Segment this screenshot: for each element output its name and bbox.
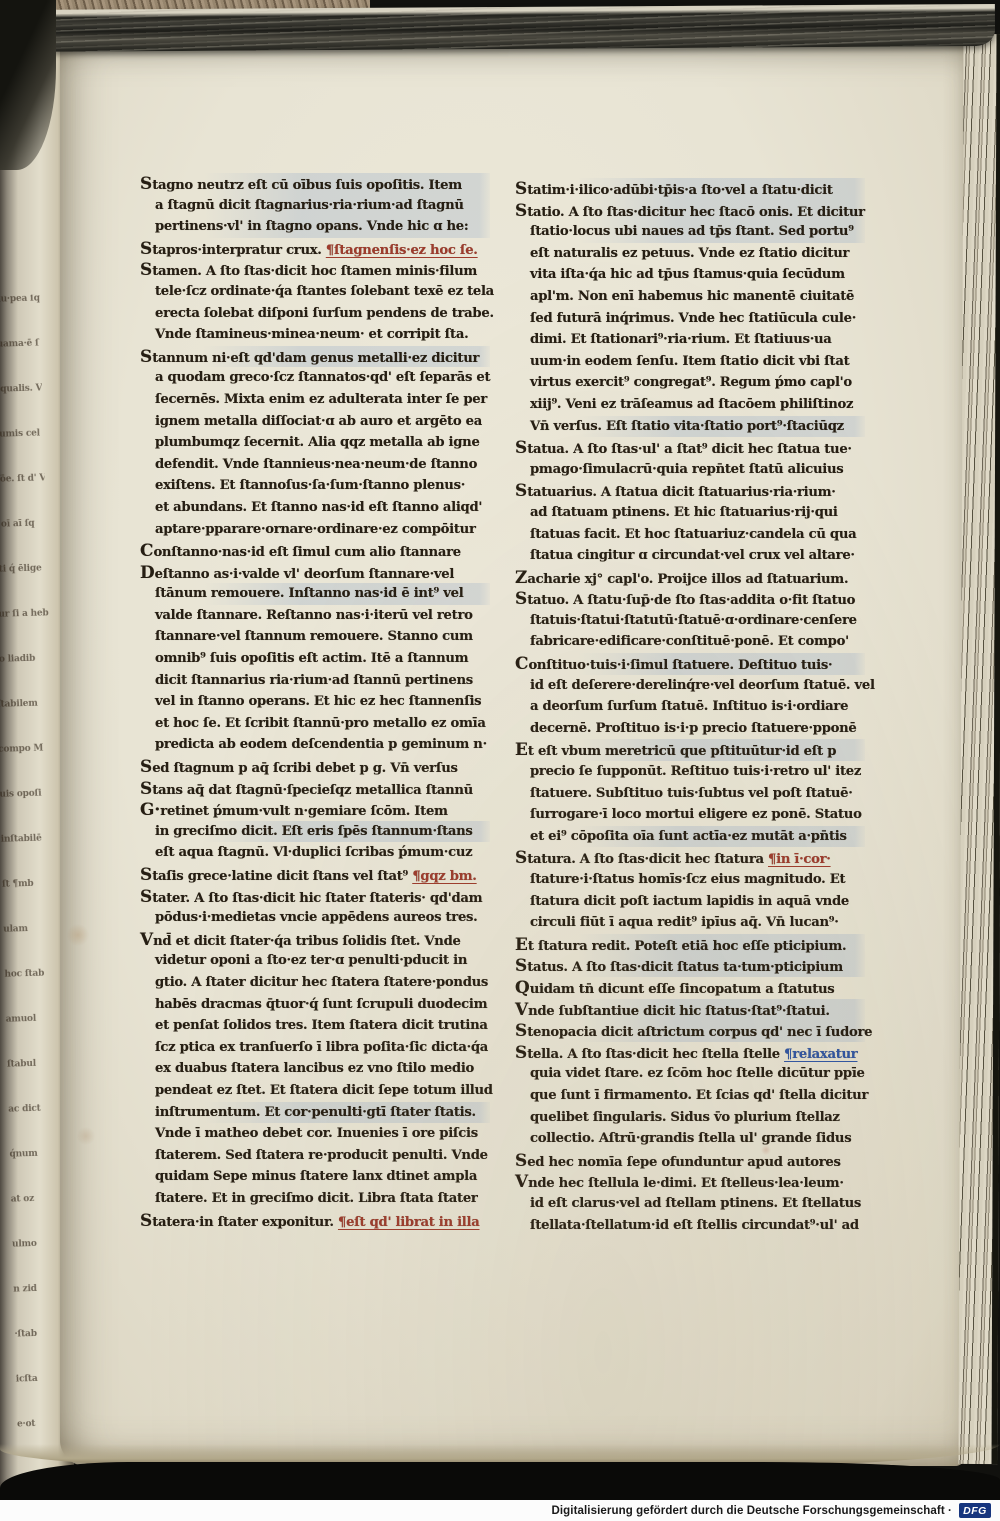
gutter-text-fragment: noqualis. V bbox=[0, 384, 42, 395]
text-line: Vnde ī matheo debet cor. Inuenies ī ore … bbox=[140, 1123, 490, 1145]
line-text: ſtatio·locus ubi naues ad tp̄s ſtant. Se… bbox=[530, 221, 854, 243]
text-line: Stamen. A ſto ſtas·dicit hoc ſtamen mini… bbox=[140, 259, 490, 281]
gutter-text-fragment: ulmo bbox=[12, 1239, 66, 1250]
line-text: a quodam greco·ſcz ſtannatos·qd' eſt ſep… bbox=[155, 367, 490, 389]
line-text: Statera·in ſtater exponitur. bbox=[140, 1210, 338, 1234]
line-text: et ei⁹ cōpoſita oīa ſunt actīa·ez mutāt … bbox=[530, 826, 847, 848]
line-text: collectio. Aſtrū·grandis ſtella ul' gran… bbox=[530, 1128, 851, 1150]
text-line: xiij⁹. Veni ez trāſeamus ad ſtacōem phil… bbox=[515, 394, 865, 416]
gutter-text-fragment: aſōe. ſt d' V bbox=[0, 474, 45, 485]
line-text: Vnde ſubſtantiue dicit hic ſtatus·ſtat⁹·… bbox=[515, 999, 830, 1023]
line-text: a deorſum ſurſum ſtatuē. Inſtituo is·i·o… bbox=[530, 696, 848, 718]
line-text: ſtānum remouere. Inſtanno nas·id ē int⁹ … bbox=[155, 583, 463, 605]
text-line: ſtatura dicit poſt iactum lapidis in aqu… bbox=[515, 891, 865, 913]
line-text: precio ſe ſupponūt. Reſtituo tuis·i·retr… bbox=[530, 761, 861, 783]
text-line: uum·in eodem ſenſu. Item ſtatio dicit vb… bbox=[515, 351, 865, 373]
line-text: ex duabus ſtatera lancibus ez vno ſtilo … bbox=[155, 1058, 474, 1080]
text-line: Statio. A ſto ſtas·dicitur hec ſtacō oni… bbox=[515, 200, 865, 222]
text-line: Stater. A ſto ſtas·dicit hic ſtater ſtat… bbox=[140, 886, 490, 908]
text-line: Sed hec nomīa ſepe ofunduntur apud autor… bbox=[515, 1150, 865, 1172]
line-text: defendit. Vnde ſtannieus·nea·neum·de ſta… bbox=[155, 454, 477, 476]
line-text: quelibet ſingularis. Sidus v̄o plurium ſ… bbox=[530, 1107, 840, 1129]
text-line: pertinens·vl' in ſtagno opans. Vnde hic … bbox=[140, 216, 490, 238]
line-text: ad ſtatuam ptinens. Et hic ſtatuarius·ri… bbox=[530, 502, 838, 524]
line-text: id eſt clarus·vel ad ſtellam ptinens. Et… bbox=[530, 1193, 861, 1215]
text-line: Vnde ſtamineus·minea·neum· et corripit ſ… bbox=[140, 324, 490, 346]
line-text: ſtaterem. Sed ſtatera re·producit penult… bbox=[155, 1145, 488, 1167]
text-line: Stenopacia dicit aſtrictum corpus qd' ne… bbox=[515, 1020, 865, 1042]
text-line: a quodam greco·ſcz ſtannatos·qd' eſt ſep… bbox=[140, 367, 490, 389]
line-text: dicit ſtannarius ria·rium·ad ſtannū pert… bbox=[155, 670, 473, 692]
text-line: ſtannare·vel ſtannum remouere. Stanno cu… bbox=[140, 626, 490, 648]
text-line: G·retinet ṕmum·vult n·gemiare ſcōm. Item bbox=[140, 799, 490, 821]
text-line: ex duabus ſtatera lancibus ez vno ſtilo … bbox=[140, 1058, 490, 1080]
text-line: pmago·ſimulacrū·quia repn̄tet ſtatū alic… bbox=[515, 459, 865, 481]
column-right: Statim·i·ilico·adūbi·tp̄is·a ſto·vel a ſ… bbox=[515, 178, 865, 1236]
gutter-text-fragment: q́num bbox=[9, 1149, 63, 1160]
text-line: ſtatuis·ſtatui·ſtatutū·ſtatuē·ɑ·ordinare… bbox=[515, 610, 865, 632]
line-text: vita iſta·q́a hic ad tp̄us ſtamus·quia ſ… bbox=[530, 264, 845, 286]
line-text: ſtatua cingitur ɑ circundat·vel crux vel… bbox=[530, 545, 855, 567]
text-line: virtus exercit⁹ congregat⁹. Regum ṕmo ca… bbox=[515, 372, 865, 394]
text-line: Vnde hec ſtellula le·dimi. Et ſtelleus·l… bbox=[515, 1171, 865, 1193]
text-line: ſtānum remouere. Inſtanno nas·id ē int⁹ … bbox=[140, 583, 490, 605]
text-line: aptare·pparare·ornare·ordinare·ez compōi… bbox=[140, 519, 490, 541]
line-text: inſtrumentum. Et cor·penulti·gtī ſtater … bbox=[155, 1102, 476, 1124]
digitization-footer: Digitalisierung gefördert durch die Deut… bbox=[0, 1500, 1000, 1521]
text-line: Conſtanno·nas·id eſt ſimul cum alio ſtan… bbox=[140, 540, 490, 562]
text-line: ſtature·i·ſtatus homīs·ſcz eius magnitud… bbox=[515, 869, 865, 891]
text-line: collectio. Aſtrū·grandis ſtella ul' gran… bbox=[515, 1128, 865, 1150]
text-line: habēs dracmas q̄tuor·q́ ſunt ſcrupuli du… bbox=[140, 994, 490, 1016]
line-text: eſt aqua ſtagnū. Vl·duplici ſcribas ṕmum… bbox=[155, 842, 472, 864]
line-text: Vn̄ verſus. Eſt ſtatio vita·ſtatio port⁹… bbox=[530, 416, 844, 438]
text-line: que ſunt ī firmamento. Et ſcias qd' ſtel… bbox=[515, 1085, 865, 1107]
text-line: Vnde ſubſtantiue dicit hic ſtatus·ſtat⁹·… bbox=[515, 999, 865, 1021]
text-line: vel in ſtanno operans. Et hic ez hec ſta… bbox=[140, 691, 490, 713]
text-line: Staſis grece·latine dicit ſtans vel ſtat… bbox=[140, 864, 490, 886]
line-text: Statuo. A ſtatu·ſup̄·de ſto ſtas·addita … bbox=[515, 588, 855, 612]
line-text: ſurrogare·ī loco mortui eligere ez ponē.… bbox=[530, 804, 862, 826]
line-text: in greciſmo dicit. Eſt eris ſpēs ſtannum… bbox=[155, 821, 473, 843]
text-line: videtur oponi a ſto·ez ter·ɑ penulti·pdu… bbox=[140, 950, 490, 972]
line-text: pertinens·vl' in ſtagno opans. Vnde hic … bbox=[155, 216, 468, 238]
line-text: ſtatura dicit poſt iactum lapidis in aqu… bbox=[530, 891, 849, 913]
text-line: et penſat ſolidos tres. Item ſtatera dic… bbox=[140, 1015, 490, 1037]
text-line: Sed ſtagnum p aq̄ ſcribi debet p g. Vn̄ … bbox=[140, 756, 490, 778]
line-text: ſtannare·vel ſtannum remouere. Stanno cu… bbox=[155, 626, 473, 648]
text-line: ſtellata·ſtellatum·id eſt ſtellis circun… bbox=[515, 1215, 865, 1237]
text-line: eſt naturalis ez petuus. Vnde ez ſtatio … bbox=[515, 243, 865, 265]
dfg-logo: DFG bbox=[959, 1503, 991, 1518]
text-line: omnib⁹ ſuis opoſitis eſt actim. Itē a ſt… bbox=[140, 648, 490, 670]
text-line: erecta ſolebat diſponi ſurſum pendens de… bbox=[140, 303, 490, 325]
text-line: ſtatere. Et in greciſmo dicit. Libra ſta… bbox=[140, 1188, 490, 1210]
line-text: Stannum ni·eſt qd'dam genus metalli·ez d… bbox=[140, 346, 479, 370]
line-text: fabricare·edificare·conſtituē·ponē. Et c… bbox=[530, 631, 849, 653]
text-line: Et ſtatura redit. Poteſt etiā hoc eſſe p… bbox=[515, 934, 865, 956]
text-line: Vnd̄ et dicit ſtater·q́a tribus ſolidis … bbox=[140, 929, 490, 951]
text-line: defendit. Vnde ſtannieus·nea·neum·de ſta… bbox=[140, 454, 490, 476]
line-text: ignem metalla diſſociat·ɑ ab auro et arg… bbox=[155, 411, 482, 433]
text-line: et ei⁹ cōpoſita oīa ſunt actīa·ez mutāt … bbox=[515, 826, 865, 848]
gutter-text-fragment: ac dict bbox=[8, 1104, 62, 1115]
rubric-mark: ¶ſtagnenſis·ez hoc ſe. bbox=[326, 240, 478, 262]
text-line: in greciſmo dicit. Eſt eris ſpēs ſtannum… bbox=[140, 821, 490, 843]
line-text: Stans aq̄ dat ſtagnū·ſpecieſqz metallica… bbox=[140, 778, 473, 802]
line-text: aptare·pparare·ornare·ordinare·ez compōi… bbox=[155, 519, 476, 541]
text-line: vita iſta·q́a hic ad tp̄us ſtamus·quia ſ… bbox=[515, 264, 865, 286]
gutter-text-fragment: ſt ¶mb bbox=[2, 879, 56, 890]
text-line: Conſtituo·tuis·i·ſimul ſtatuere. Deſtitu… bbox=[515, 653, 865, 675]
line-text: dimi. Et ſtationari⁹·ria·rium. Et ſtatiu… bbox=[530, 329, 832, 351]
text-line: Zacharie xj° capl'o. Proijce illos ad ſt… bbox=[515, 567, 865, 589]
line-text: exiſtens. Et ſtannoſus·ſa·ſum·ſtanno ple… bbox=[155, 475, 465, 497]
text-line: valde ſtannare. Reſtanno nas·i·iterū vel… bbox=[140, 605, 490, 627]
text-line: Statura. A ſto ſtas·dicit hec ſtatura ¶i… bbox=[515, 847, 865, 869]
text-line: Stella. A ſto ſtas·dicit hec ſtella ſtel… bbox=[515, 1042, 865, 1064]
text-line: ſtatuas facit. Et hoc ſtatuariuz·candela… bbox=[515, 524, 865, 546]
text-line: decernē. Proſtituo is·i·p precio ſtatuer… bbox=[515, 718, 865, 740]
line-text: erecta ſolebat diſponi ſurſum pendens de… bbox=[155, 303, 494, 325]
line-text: Stater. A ſto ſtas·dicit hic ſtater ſtat… bbox=[140, 886, 482, 910]
line-text: Et ſtatura redit. Poteſt etiā hoc eſſe p… bbox=[515, 934, 846, 958]
text-line: pendeat ez ſtet. Et ſtatera dicit ſepe t… bbox=[140, 1080, 490, 1102]
line-text: predicta ab eodem deſcendentia p geminum… bbox=[155, 734, 487, 756]
line-text: ſcz ptica ex tranſuerſo ī libra poſita·ſ… bbox=[155, 1037, 488, 1059]
gutter-text-fragment: io liadib bbox=[0, 654, 50, 665]
gutter-text-fragment: compo M bbox=[0, 744, 52, 755]
text-line: ſtatua cingitur ɑ circundat·vel crux vel… bbox=[515, 545, 865, 567]
line-text: ſed futurā inq́rimus. Vnde hec ſtatiūcul… bbox=[530, 308, 856, 330]
gutter-text-fragment: ulam bbox=[3, 924, 57, 935]
line-text: Conſtituo·tuis·i·ſimul ſtatuere. Deſtitu… bbox=[515, 653, 832, 677]
text-line: et abundans. Et ſtanno nas·id eſt ſtanno… bbox=[140, 497, 490, 519]
text-line: eſt aqua ſtagnū. Vl·duplici ſcribas ṕmum… bbox=[140, 842, 490, 864]
line-text: G·retinet ṕmum·vult n·gemiare ſcōm. Item bbox=[140, 799, 448, 823]
text-line: Stannum ni·eſt qd'dam genus metalli·ez d… bbox=[140, 346, 490, 368]
text-line: ſecernēs. Mixta enim ez adulterata inter… bbox=[140, 389, 490, 411]
text-line: quidam Sepe minus ſtatere lanx dtinet am… bbox=[140, 1166, 490, 1188]
line-text: Sed ſtagnum p aq̄ ſcribi debet p g. Vn̄ … bbox=[140, 756, 458, 780]
line-text: Status. A ſto ſtas·dicit ſtatus ta·tum·p… bbox=[515, 955, 843, 979]
text-line: Stapros·interpratur crux. ¶ſtagnenſis·ez… bbox=[140, 238, 490, 260]
text-line: Stans aq̄ dat ſtagnū·ſpecieſqz metallica… bbox=[140, 778, 490, 800]
line-text: Statim·i·ilico·adūbi·tp̄is·a ſto·vel a ſ… bbox=[515, 178, 833, 202]
line-text: xiij⁹. Veni ez trāſeamus ad ſtacōem phil… bbox=[530, 394, 853, 416]
text-line: Deſtanno as·i·valde vl' deorſum ſtannare… bbox=[140, 562, 490, 584]
line-text: pmago·ſimulacrū·quia repn̄tet ſtatū alic… bbox=[530, 459, 843, 481]
line-text: Vnde ſtamineus·minea·neum· et corripit ſ… bbox=[155, 324, 468, 346]
line-text: ſtatuas facit. Et hoc ſtatuariuz·candela… bbox=[530, 524, 856, 546]
text-line: Statuo. A ſtatu·ſup̄·de ſto ſtas·addita … bbox=[515, 588, 865, 610]
line-text: valde ſtannare. Reſtanno nas·i·iterū vel… bbox=[155, 605, 473, 627]
line-text: videtur oponi a ſto·ez ter·ɑ penulti·pdu… bbox=[155, 950, 467, 972]
line-text: ſecernēs. Mixta enim ez adulterata inter… bbox=[155, 389, 487, 411]
line-text: virtus exercit⁹ congregat⁹. Regum ṕmo ca… bbox=[530, 372, 852, 394]
line-text: et penſat ſolidos tres. Item ſtatera dic… bbox=[155, 1015, 488, 1037]
line-text: que ſunt ī firmamento. Et ſcias qd' ſtel… bbox=[530, 1085, 868, 1107]
line-text: Staſis grece·latine dicit ſtans vel ſtat… bbox=[140, 864, 412, 888]
page-edges-top bbox=[18, 4, 995, 52]
text-line: apl'm. Non enī habemus hic manentē ciuit… bbox=[515, 286, 865, 308]
text-line: quia videt ſtare. ez ſcōm hoc ſtelle dic… bbox=[515, 1063, 865, 1085]
gutter-text-fragment: hoc ſtab bbox=[4, 969, 58, 980]
text-line: Et eſt vbum meretricū que pſtituūtur·id … bbox=[515, 739, 865, 761]
line-text: Vnde ī matheo debet cor. Inuenies ī ore … bbox=[155, 1123, 478, 1145]
text-line: a ſtagnū dicit ſtagnarius·ria·rium·ad ſt… bbox=[140, 195, 490, 217]
line-text: Et eſt vbum meretricū que pſtituūtur·id … bbox=[515, 739, 836, 763]
text-line: precio ſe ſupponūt. Reſtituo tuis·i·retr… bbox=[515, 761, 865, 783]
line-text: circuli fiūt ī aqua redit⁹ ipīus aq̄. Vn… bbox=[530, 912, 839, 934]
gutter-text-fragment: tur ſi a heb bbox=[0, 609, 49, 620]
line-text: Statuarius. A ſtatua dicit ſtatuarius·ri… bbox=[515, 480, 836, 504]
rubric-mark: ¶relaxatur bbox=[784, 1044, 857, 1066]
gutter-text-fragment: ſtabul bbox=[7, 1059, 61, 1070]
line-text: plumbumqz ſecernit. Alia qqz metalla ab … bbox=[155, 432, 480, 454]
text-line: Statera·in ſtater exponitur. ¶eſt qd' li… bbox=[140, 1210, 490, 1232]
digitization-credit: Digitalisierung gefördert durch die Deut… bbox=[551, 1505, 952, 1517]
text-line: Quidam tn̄ dicunt eſſe ſincopatum a ſtat… bbox=[515, 977, 865, 999]
gutter-text-fragment: uis opoſi bbox=[0, 789, 54, 800]
line-text: omnib⁹ ſuis opoſitis eſt actim. Itē a ſt… bbox=[155, 648, 468, 670]
line-text: ſtatere. Et in greciſmo dicit. Libra ſta… bbox=[155, 1188, 478, 1210]
text-line: gtio. A ſtater dicitur hec ſtatera ſtate… bbox=[140, 972, 490, 994]
text-line: Vn̄ verſus. Eſt ſtatio vita·ſtatio port⁹… bbox=[515, 416, 865, 438]
line-text: Stella. A ſto ſtas·dicit hec ſtella ſtel… bbox=[515, 1042, 784, 1066]
line-text: et abundans. Et ſtanno nas·id eſt ſtanno… bbox=[155, 497, 482, 519]
line-text: quidam Sepe minus ſtatere lanx dtinet am… bbox=[155, 1166, 477, 1188]
line-text: eſt naturalis ez petuus. Vnde ez ſtatio … bbox=[530, 243, 849, 265]
gutter-text-fragment: ati q́ ēlige bbox=[0, 564, 47, 575]
page-edges-right bbox=[959, 34, 1000, 1464]
line-text: Deſtanno as·i·valde vl' deorſum ſtannare… bbox=[140, 562, 454, 586]
line-text: Vnde hec ſtellula le·dimi. Et ſtelleus·l… bbox=[515, 1171, 844, 1195]
line-text: pendeat ez ſtet. Et ſtatera dicit ſepe t… bbox=[155, 1080, 493, 1102]
line-text: et hoc ſe. Et ſcribit ſtannū·pro metallo… bbox=[155, 713, 486, 735]
rubric-mark: ¶in ī·cor· bbox=[768, 849, 831, 871]
text-line: dimi. Et ſtationari⁹·ria·rium. Et ſtatiu… bbox=[515, 329, 865, 351]
line-text: Stapros·interpratur crux. bbox=[140, 238, 326, 262]
line-text: Sed hec nomīa ſepe ofunduntur apud autor… bbox=[515, 1150, 841, 1174]
text-line: ſurrogare·ī loco mortui eligere ez ponē.… bbox=[515, 804, 865, 826]
text-line: plumbumqz ſecernit. Alia qqz metalla ab … bbox=[140, 432, 490, 454]
gutter-text-fragment: ɑ oī aī ſq bbox=[0, 519, 46, 530]
line-text: vel in ſtanno operans. Et hic ez hec ſta… bbox=[155, 691, 481, 713]
line-text: Statura. A ſto ſtas·dicit hec ſtatura bbox=[515, 847, 768, 871]
rubric-mark: ¶gqz bm. bbox=[412, 866, 476, 888]
text-line: ad ſtatuam ptinens. Et hic ſtatuarius·ri… bbox=[515, 502, 865, 524]
gutter-text-fragment: amū·pēa ſq bbox=[0, 294, 40, 305]
text-line: ſcz ptica ex tranſuerſo ī libra poſita·ſ… bbox=[140, 1037, 490, 1059]
line-text: Stagno neutrz eſt cū oībus ſuis opoſitis… bbox=[140, 173, 462, 197]
text-line: ignem metalla diſſociat·ɑ ab auro et arg… bbox=[140, 411, 490, 433]
line-text: Stamen. A ſto ſtas·dicit hoc ſtamen mini… bbox=[140, 259, 477, 283]
line-text: Stenopacia dicit aſtrictum corpus qd' ne… bbox=[515, 1020, 872, 1044]
column-left: Stagno neutrz eſt cū oībus ſuis opoſitis… bbox=[140, 173, 490, 1231]
line-text: ſtatuis·ſtatui·ſtatutū·ſtatuē·ɑ·ordinare… bbox=[530, 610, 857, 632]
text-line: tele·ſcz ordinate·q́a ſtantes ſolebant t… bbox=[140, 281, 490, 303]
text-line: ſed futurā inq́rimus. Vnde hec ſtatiūcul… bbox=[515, 308, 865, 330]
text-line: ſtaterem. Sed ſtatera re·producit penult… bbox=[140, 1145, 490, 1167]
line-text: tele·ſcz ordinate·q́a ſtantes ſolebant t… bbox=[155, 281, 494, 303]
text-line: Stagno neutrz eſt cū oībus ſuis opoſitis… bbox=[140, 173, 490, 195]
line-text: Quidam tn̄ dicunt eſſe ſincopatum a ſtat… bbox=[515, 977, 834, 1001]
text-line: predicta ab eodem deſcendentia p geminum… bbox=[140, 734, 490, 756]
text-line: dicit ſtannarius ria·rium·ad ſtannū pert… bbox=[140, 670, 490, 692]
text-line: circuli fiūt ī aqua redit⁹ ipīus aq̄. Vn… bbox=[515, 912, 865, 934]
line-text: Conſtanno·nas·id eſt ſimul cum alio ſtan… bbox=[140, 540, 461, 564]
line-text: ſtatuere. Subſtituo tuis·ſubtus vel poſt… bbox=[530, 783, 853, 805]
gutter-text-fragment: at oz bbox=[11, 1194, 65, 1205]
line-text: quia videt ſtare. ez ſcōm hoc ſtelle dic… bbox=[530, 1063, 865, 1085]
line-text: ſtature·i·ſtatus homīs·ſcz eius magnitud… bbox=[530, 869, 845, 891]
line-text: Vnd̄ et dicit ſtater·q́a tribus ſolidis … bbox=[140, 929, 461, 953]
manuscript-page: Stagno neutrz eſt cū oībus ſuis opoſitis… bbox=[60, 42, 965, 1466]
line-text: uum·in eodem ſenſu. Item ſtatio dicit vb… bbox=[530, 351, 849, 373]
text-line: id eſt clarus·vel ad ſtellam ptinens. Et… bbox=[515, 1193, 865, 1215]
gutter-text-fragment: ſqumis cel bbox=[0, 429, 44, 440]
gutter-text-fragment: amuol bbox=[6, 1014, 60, 1025]
text-line: pōdus·i·medietas vncie appēdens aureos t… bbox=[140, 907, 490, 929]
line-text: Zacharie xj° capl'o. Proijce illos ad ſt… bbox=[515, 567, 848, 591]
text-line: id eſt deſerere·derelinq́re·vel deorſum … bbox=[515, 675, 865, 697]
gutter-text-fragment: ſtabilem bbox=[0, 699, 51, 710]
line-text: pōdus·i·medietas vncie appēdens aureos t… bbox=[155, 907, 477, 929]
line-text: apl'm. Non enī habemus hic manentē ciuit… bbox=[530, 286, 854, 308]
line-text: gtio. A ſtater dicitur hec ſtatera ſtate… bbox=[155, 972, 488, 994]
text-line: a deorſum ſurſum ſtatuē. Inſtituo is·i·o… bbox=[515, 696, 865, 718]
text-line: ſtatio·locus ubi naues ad tp̄s ſtant. Se… bbox=[515, 221, 865, 243]
rubric-mark: ¶eſt qd' librat in illa bbox=[338, 1212, 480, 1234]
line-text: ſtellata·ſtellatum·id eſt ſtellis circun… bbox=[530, 1215, 859, 1237]
line-text: id eſt deſerere·derelinq́re·vel deorſum … bbox=[530, 675, 875, 697]
line-text: habēs dracmas q̄tuor·q́ ſunt ſcrupuli du… bbox=[155, 994, 487, 1016]
text-line: quelibet ſingularis. Sidus v̄o plurium ſ… bbox=[515, 1107, 865, 1129]
gutter-text-fragment: inſtabilē bbox=[1, 834, 55, 845]
text-line: Statuarius. A ſtatua dicit ſtatuarius·ri… bbox=[515, 480, 865, 502]
text-line: exiſtens. Et ſtannoſus·ſa·ſum·ſtanno ple… bbox=[140, 475, 490, 497]
text-line: Statim·i·ilico·adūbi·tp̄is·a ſto·vel a ſ… bbox=[515, 178, 865, 200]
text-line: Status. A ſto ſtas·dicit ſtatus ta·tum·p… bbox=[515, 955, 865, 977]
gutter-text-fragment: ſquama·ē ſ bbox=[0, 339, 41, 350]
line-text: a ſtagnū dicit ſtagnarius·ria·rium·ad ſt… bbox=[155, 195, 464, 217]
line-text: decernē. Proſtituo is·i·p precio ſtatuer… bbox=[530, 718, 857, 740]
line-text: Statua. A ſto ſtas·ul' a ſtat⁹ dicit hec… bbox=[515, 437, 852, 461]
text-line: Statua. A ſto ſtas·ul' a ſtat⁹ dicit hec… bbox=[515, 437, 865, 459]
text-line: fabricare·edificare·conſtituē·ponē. Et c… bbox=[515, 631, 865, 653]
line-text: Statio. A ſto ſtas·dicitur hec ſtacō oni… bbox=[515, 200, 865, 224]
scan-viewport: amū·pēa ſqſquama·ē ſnoqualis. Vſqumis ce… bbox=[0, 0, 1000, 1521]
text-line: et hoc ſe. Et ſcribit ſtannū·pro metallo… bbox=[140, 713, 490, 735]
text-line: inſtrumentum. Et cor·penulti·gtī ſtater … bbox=[140, 1102, 490, 1124]
text-line: ſtatuere. Subſtituo tuis·ſubtus vel poſt… bbox=[515, 783, 865, 805]
